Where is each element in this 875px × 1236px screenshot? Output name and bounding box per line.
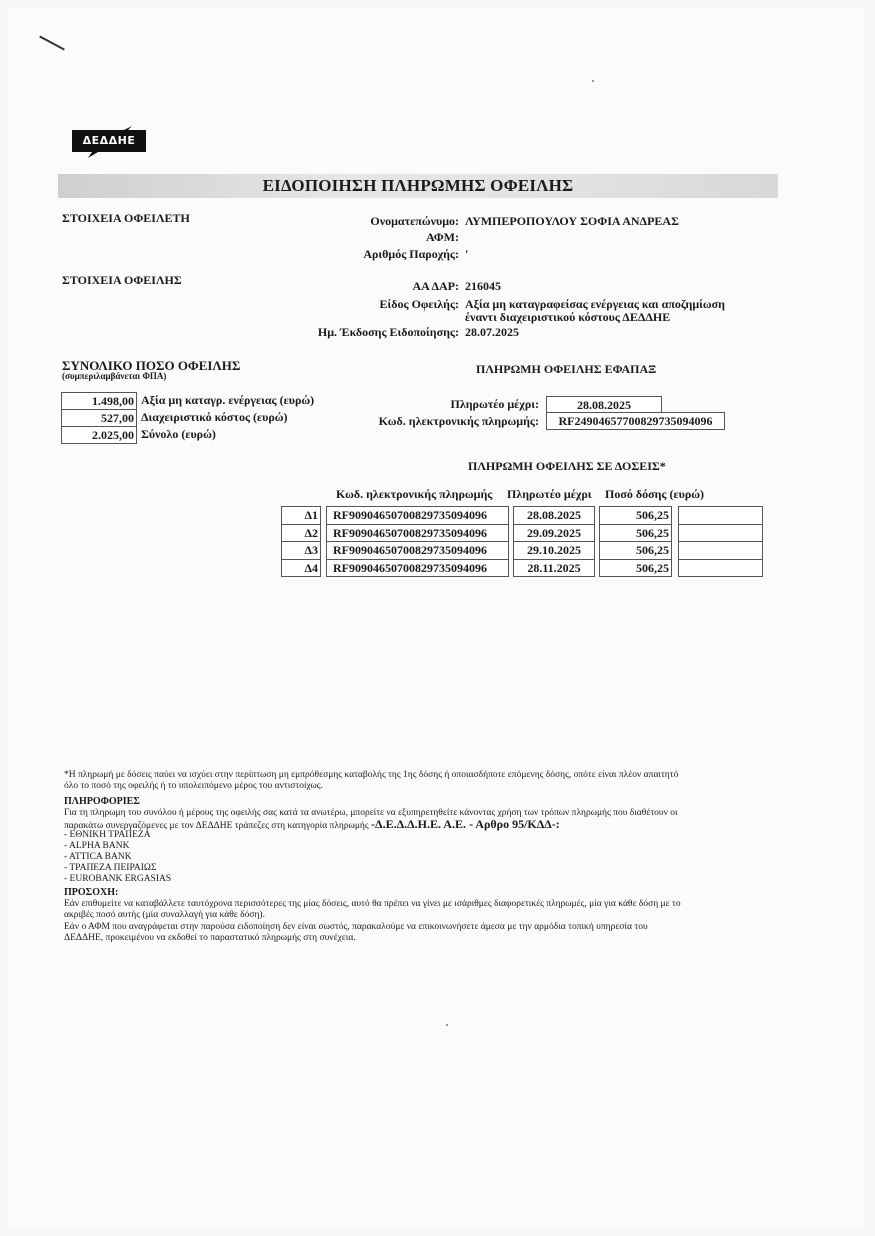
footnote-line1: *Η πληρωμή με δόσεις παύει να ισχύει στη… bbox=[64, 770, 678, 781]
installment-payment-code: RF90904650700829735094096 bbox=[326, 541, 509, 560]
attention-heading: ΠΡΟΣΟΧΗ: bbox=[64, 887, 118, 898]
installment-blank-cell bbox=[678, 559, 763, 578]
logo-text: ΔΕΔΔΗΕ bbox=[68, 134, 150, 147]
installment-due-date: 28.11.2025 bbox=[513, 559, 595, 578]
attention-line1: Εάν επιθυμείτε να καταβάλλετε ταυτόχρονα… bbox=[64, 899, 681, 910]
lump-due-label: Πληρωτέο μέχρι: bbox=[450, 397, 539, 412]
issue-date-value: 28.07.2025 bbox=[465, 325, 519, 340]
bank-item: - ATTICA BANK bbox=[64, 852, 132, 863]
lump-payment-code: RF24904657700829735094096 bbox=[546, 412, 725, 430]
lump-due-value: 28.08.2025 bbox=[546, 396, 662, 413]
installment-payment-code: RF90904650700829735094096 bbox=[326, 559, 509, 578]
name-value: ΛΥΜΠΕΡΟΠΟΥΛΟΥ ΣΟΦΙΑ ΑΝΔΡΕΑΣ bbox=[465, 214, 679, 229]
installment-id: Δ2 bbox=[281, 524, 321, 543]
total-amount-label: Αξία μη καταγρ. ενέργειας (ευρώ) bbox=[141, 393, 314, 408]
installments-heading: ΠΛΗΡΩΜΗ ΟΦΕΙΛΗΣ ΣΕ ΔΟΣΕΙΣ* bbox=[468, 459, 666, 474]
attention-line3: Εάν ο ΑΦΜ που αναγράφεται στην παρούσα ε… bbox=[64, 922, 648, 933]
total-amount-cell: 1.498,00 bbox=[61, 392, 137, 410]
aa-dar-label: ΑΑ ΔΑΡ: bbox=[412, 279, 459, 294]
installment-blank-cell bbox=[678, 524, 763, 543]
lump-code-label: Κωδ. ηλεκτρονικής πληρωμής: bbox=[379, 414, 539, 429]
installment-blank-cell bbox=[678, 506, 763, 525]
installment-amount: 506,25 bbox=[599, 524, 672, 543]
afm-label: ΑΦΜ: bbox=[426, 230, 459, 245]
scan-speck bbox=[446, 1024, 448, 1026]
page-title: ΕΙΔΟΠΟΙΗΣΗ ΠΛΗΡΩΜΗΣ ΟΦΕΙΛΗΣ bbox=[58, 176, 778, 196]
debt-type-value-line2: έναντι διαχειριστικού κόστους ΔΕΔΔΗΕ bbox=[465, 310, 670, 325]
total-amount-label: Διαχειριστικό κόστος (ευρώ) bbox=[141, 410, 288, 425]
total-amount-label: Σύνολο (ευρώ) bbox=[141, 427, 216, 442]
installment-amount: 506,25 bbox=[599, 559, 672, 578]
issue-date-label: Ημ. Έκδοσης Ειδοποίησης: bbox=[318, 325, 459, 340]
bank-item: - ALPHA BANK bbox=[64, 841, 129, 852]
installment-payment-code: RF90904650700829735094096 bbox=[326, 524, 509, 543]
installment-blank-cell bbox=[678, 541, 763, 560]
attention-line2: ακριβές ποσό αυτής (μία συναλλαγή για κά… bbox=[64, 910, 265, 921]
total-amount-cell: 527,00 bbox=[61, 409, 137, 427]
info-heading: ΠΛΗΡΟΦΟΡΙΕΣ bbox=[64, 796, 140, 807]
installment-due-date: 29.10.2025 bbox=[513, 541, 595, 560]
installment-amount: 506,25 bbox=[599, 541, 672, 560]
installment-amount: 506,25 bbox=[599, 506, 672, 525]
installment-id: Δ4 bbox=[281, 559, 321, 578]
deddie-logo: ΔΕΔΔΗΕ bbox=[68, 126, 150, 158]
supply-value: ' bbox=[465, 247, 468, 262]
bank-item: - ΕΘΝΙΚΗ ΤΡΑΠΕΖΑ bbox=[64, 830, 151, 841]
footnote-line2: όλο το ποσό της οφειλής ή το υπολειπόμεν… bbox=[64, 781, 323, 792]
installments-col-due: Πληρωτέο μέχρι bbox=[507, 487, 592, 502]
scan-speck bbox=[592, 80, 594, 82]
total-subheading: (συμπεριλαμβάνεται ΦΠΑ) bbox=[62, 371, 166, 381]
installment-id: Δ1 bbox=[281, 506, 321, 525]
supply-label: Αριθμός Παροχής: bbox=[363, 247, 459, 262]
total-amount-cell: 2.025,00 bbox=[61, 426, 137, 444]
attention-line4: ΔΕΔΔΗΕ, προκειμένου να εκδοθεί το παραστ… bbox=[64, 933, 356, 944]
aa-dar-value: 216045 bbox=[465, 279, 501, 294]
lump-sum-heading: ΠΛΗΡΩΜΗ ΟΦΕΙΛΗΣ ΕΦΑΠΑΞ bbox=[476, 362, 656, 377]
installment-due-date: 29.09.2025 bbox=[513, 524, 595, 543]
debt-type-label: Είδος Οφειλής: bbox=[380, 297, 459, 312]
bank-item: - ΤΡΑΠΕΖΑ ΠΕΙΡΑΙΩΣ bbox=[64, 863, 157, 874]
name-label: Ονοματεπώνυμο: bbox=[370, 214, 459, 229]
installment-payment-code: RF90904650700829735094096 bbox=[326, 506, 509, 525]
bank-item: - EUROBANK ERGASIAS bbox=[64, 874, 171, 885]
installment-id: Δ3 bbox=[281, 541, 321, 560]
title-bar: ΕΙΔΟΠΟΙΗΣΗ ΠΛΗΡΩΜΗΣ ΟΦΕΙΛΗΣ bbox=[58, 174, 778, 198]
installments-col-code: Κωδ. ηλεκτρονικής πληρωμής bbox=[336, 487, 492, 502]
installment-due-date: 28.08.2025 bbox=[513, 506, 595, 525]
debtor-section-label: ΣΤΟΙΧΕΙΑ ΟΦΕΙΛΕΤΗ bbox=[62, 211, 190, 226]
installments-col-amount: Ποσό δόσης (ευρώ) bbox=[605, 487, 704, 502]
debt-section-label: ΣΤΟΙΧΕΙΑ ΟΦΕΙΛΗΣ bbox=[62, 273, 182, 288]
payment-category: -Δ.Ε.Δ.Δ.Η.Ε. Α.Ε. - Αρθρο 95/ΚΔΔ-: bbox=[371, 817, 560, 831]
